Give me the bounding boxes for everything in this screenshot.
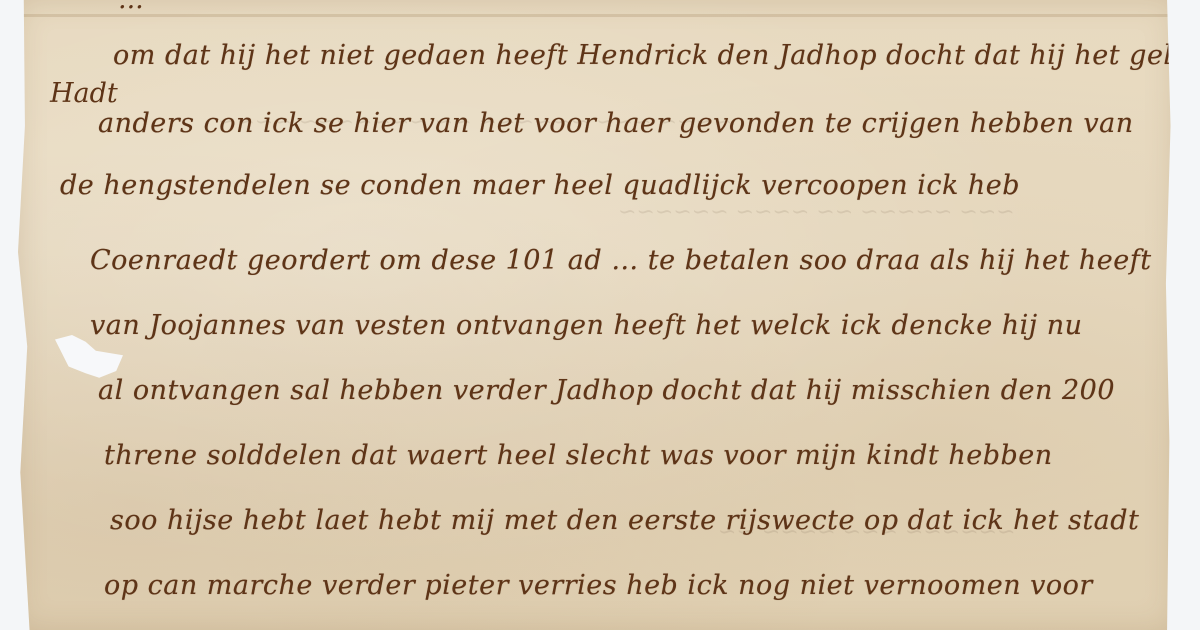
manuscript-line-9: op can marche verder pieter verries heb … bbox=[104, 570, 1093, 601]
manuscript-line-5: van Joojannes van vesten ontvangen heeft… bbox=[90, 310, 1083, 341]
cut-off-top-line: ... bbox=[118, 0, 144, 15]
manuscript-line-2: anders con ick se hier van het voor haer… bbox=[98, 108, 1134, 139]
manuscript-line-1: om dat hij het niet gedaen heeft Hendric… bbox=[113, 40, 1200, 71]
manuscript-line-3: de hengstendelen se conden maer heel qua… bbox=[60, 170, 1020, 201]
manuscript-line-4: Coenraedt geordert om dese 101 ad … te b… bbox=[90, 245, 1152, 276]
paper-fold-crease bbox=[18, 14, 1174, 17]
manuscript-line-6: al ontvangen sal hebben verder Jadhop do… bbox=[98, 375, 1115, 406]
manuscript-line-7: threne solddelen dat waert heel slecht w… bbox=[104, 440, 1053, 471]
manuscript-line-8: soo hijse hebt laet hebt mij met den eer… bbox=[110, 505, 1139, 536]
manuscript-page: ~~~~ ~~~ ~~~~~~ ~~ ~~~~~~~ ~~~~ ~~~ ~~~~… bbox=[18, 0, 1174, 630]
margin-note: Hadt bbox=[50, 78, 118, 109]
bleed-through-text: ~~~ ~~~~~ ~~ ~~~~ ~~~~~~ bbox=[618, 200, 1015, 225]
